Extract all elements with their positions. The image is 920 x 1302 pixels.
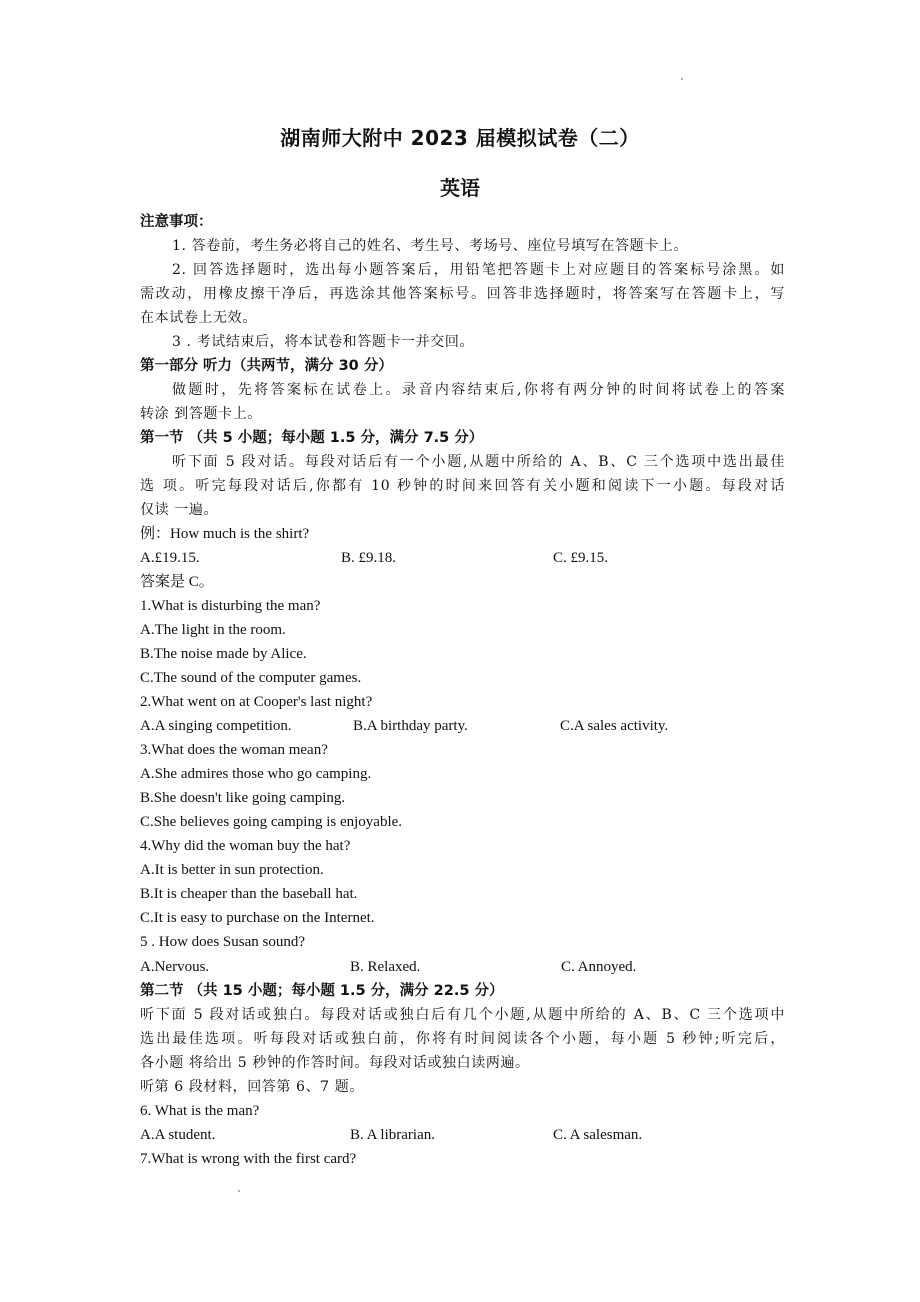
q4-option-a: A.It is better in sun protection. xyxy=(140,860,785,880)
question-6: 6. What is the man? xyxy=(140,1101,785,1121)
option-a: A.£19.15. xyxy=(140,548,200,568)
subject-title: 英语 xyxy=(0,172,920,201)
option-c: C. £9.15. xyxy=(553,548,608,568)
q6-option-c: C. A salesman. xyxy=(553,1125,642,1145)
section1-intro: 听下面 5 段对话。每段对话后有一个小题,从题中所给的 A、B、C 三个选项中选… xyxy=(140,452,785,472)
option-b: B. £9.18. xyxy=(341,548,396,568)
q5-options: A.Nervous. B. Relaxed. C. Annoyed. xyxy=(140,957,785,977)
example-options: A.£19.15. B. £9.18. C. £9.15. xyxy=(140,548,785,568)
exam-title: 湖南师大附中 2023 届模拟试卷（二） xyxy=(0,122,920,151)
q2-option-b: B.A birthday party. xyxy=(353,716,468,736)
section1-intro: 仅读 一遍。 xyxy=(140,500,785,520)
question-7: 7.What is wrong with the first card? xyxy=(140,1149,785,1169)
notice-heading: 注意事项： xyxy=(140,212,785,232)
q5-option-a: A.Nervous. xyxy=(140,957,209,977)
q2-options: A.A singing competition. B.A birthday pa… xyxy=(140,716,785,736)
q6-option-a: A.A student. xyxy=(140,1125,215,1145)
example-question: 例：How much is the shirt? xyxy=(140,524,785,544)
notice-item: 3 . 考试结束后，将本试卷和答题卡一并交回。 xyxy=(140,332,817,352)
q6-option-b: B. A librarian. xyxy=(350,1125,435,1145)
q1-option-c: C.The sound of the computer games. xyxy=(140,668,785,688)
example-answer: 答案是 C。 xyxy=(140,572,785,592)
q4-option-c: C.It is easy to purchase on the Internet… xyxy=(140,908,785,928)
scan-mark xyxy=(681,78,683,80)
q6-options: A.A student. B. A librarian. C. A salesm… xyxy=(140,1125,785,1145)
question-5: 5 . How does Susan sound? xyxy=(140,932,785,952)
material-note: 听第 6 段材料，回答第 6、7 题。 xyxy=(140,1077,785,1097)
q2-option-c: C.A sales activity. xyxy=(560,716,668,736)
question-3: 3.What does the woman mean? xyxy=(140,740,785,760)
q3-option-a: A.She admires those who go camping. xyxy=(140,764,785,784)
question-2: 2.What went on at Cooper's last night? xyxy=(140,692,785,712)
section2-intro: 选出最佳选项。听每段对话或独白前，你将有时间阅读各个小题，每小题 5 秒钟;听完… xyxy=(140,1029,785,1049)
q1-option-b: B.The noise made by Alice. xyxy=(140,644,785,664)
q5-option-b: B. Relaxed. xyxy=(350,957,420,977)
notice-item: 需改动，用橡皮擦干净后，再选涂其他答案标号。回答非选择题时，将答案写在答题卡上，… xyxy=(140,284,785,304)
q1-option-a: A.The light in the room. xyxy=(140,620,785,640)
section1-intro: 选 项。听完每段对话后,你都有 10 秒钟的时间来回答有关小题和阅读下一小题。每… xyxy=(140,476,785,496)
part1-heading: 第一部分 听力（共两节，满分 30 分） xyxy=(140,356,785,376)
question-4: 4.Why did the woman buy the hat? xyxy=(140,836,785,856)
scan-mark xyxy=(238,1190,240,1192)
part1-intro: 做题时，先将答案标在试卷上。录音内容结束后,你将有两分钟的时间将试卷上的答案 xyxy=(140,380,785,400)
q4-option-b: B.It is cheaper than the baseball hat. xyxy=(140,884,785,904)
exam-page: 湖南师大附中 2023 届模拟试卷（二） 英语 注意事项： 1. 答卷前，考生务… xyxy=(0,0,920,1302)
q3-option-c: C.She believes going camping is enjoyabl… xyxy=(140,812,785,832)
section2-intro: 各小题 将给出 5 秒钟的作答时间。每段对话或独白读两遍。 xyxy=(140,1053,785,1073)
notice-item: 2. 回答选择题时，选出每小题答案后，用铅笔把答题卡上对应题目的答案标号涂黑。如 xyxy=(140,260,785,280)
q3-option-b: B.She doesn't like going camping. xyxy=(140,788,785,808)
section1-heading: 第一节 （共 5 小题；每小题 1.5 分，满分 7.5 分） xyxy=(140,428,785,448)
notice-item: 1. 答卷前，考生务必将自己的姓名、考生号、考场号、座位号填写在答题卡上。 xyxy=(140,236,817,256)
q5-option-c: C. Annoyed. xyxy=(561,957,636,977)
q2-option-a: A.A singing competition. xyxy=(140,716,292,736)
question-1: 1.What is disturbing the man? xyxy=(140,596,785,616)
section2-heading: 第二节 （共 15 小题；每小题 1.5 分，满分 22.5 分） xyxy=(140,981,785,1001)
part1-intro: 转涂 到答题卡上。 xyxy=(140,404,785,424)
notice-item: 在本试卷上无效。 xyxy=(140,308,785,328)
section2-intro: 听下面 5 段对话或独白。每段对话或独白后有几个小题,从题中所给的 A、B、C … xyxy=(140,1005,785,1025)
